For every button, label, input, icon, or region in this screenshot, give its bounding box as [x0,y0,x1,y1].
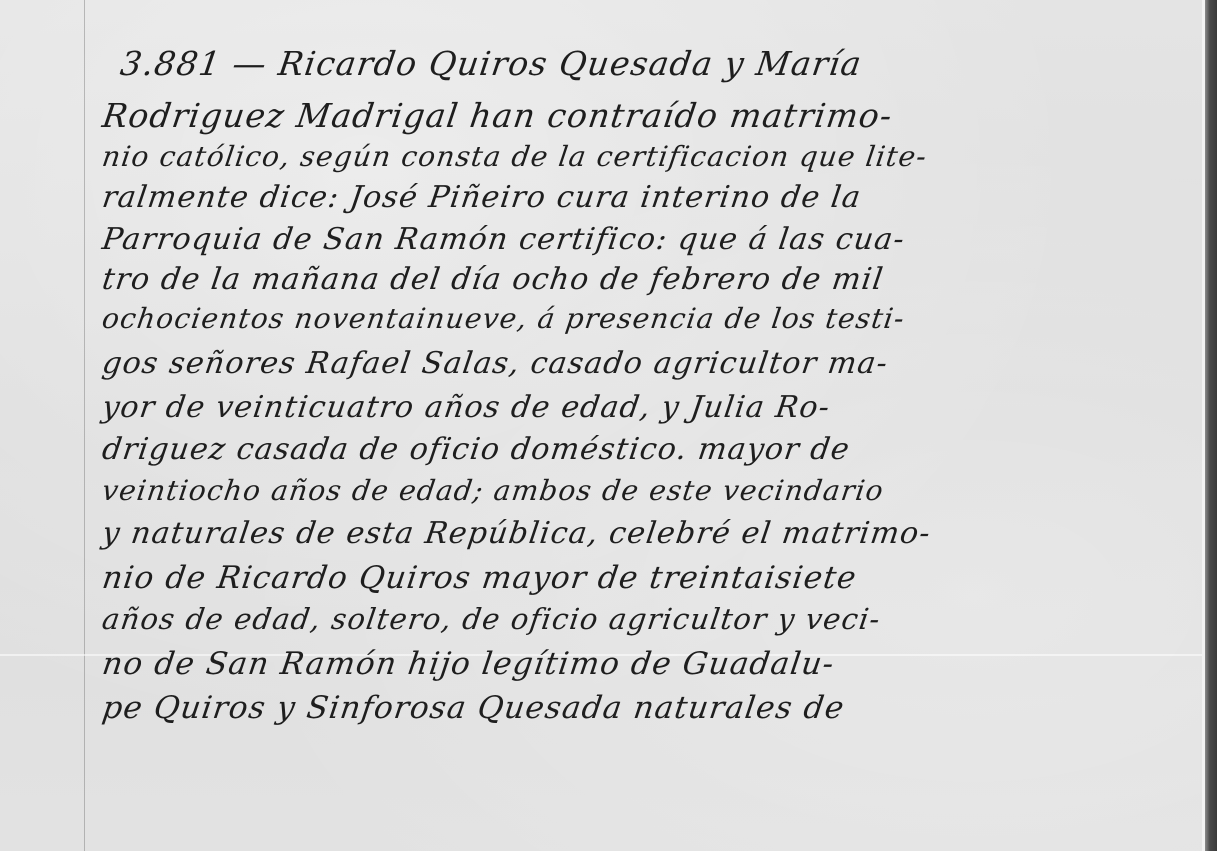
binding-gutter [1205,0,1217,851]
entry-line-2: Rodriguez Madrigal han contraído matrimo… [100,96,895,135]
entry-line-11: veintiocho años de edad; ambos de este v… [100,474,886,507]
handwritten-entry: 3.881 — Ricardo Quiros Quesada y María R… [0,0,1205,851]
entry-line-16: pe Quiros y Sinforosa Quesada naturales … [100,690,847,726]
entry-line-10: driguez casada de oficio doméstico. mayo… [100,432,852,467]
entry-line-12: y naturales de esta República, celebré e… [100,516,933,551]
entry-line-6: tro de la mañana del día ocho de febrero… [100,262,886,297]
entry-line-3: nio católico, según consta de la certifi… [100,140,929,173]
entry-line-15: no de San Ramón hijo legítimo de Guadalu… [100,646,837,682]
entry-line-14: años de edad, soltero, de oficio agricul… [100,602,883,636]
entry-line-1: 3.881 — Ricardo Quiros Quesada y María [118,44,865,83]
entry-line-13: nio de Ricardo Quiros mayor de treintais… [100,560,859,596]
document-page: 3.881 — Ricardo Quiros Quesada y María R… [0,0,1217,851]
entry-line-9: yor de veinticuatro años de edad, y Juli… [100,390,833,425]
entry-line-8: gos señores Rafael Salas, casado agricul… [100,346,890,381]
entry-line-4: ralmente dice: José Piñeiro cura interin… [100,180,864,215]
entry-line-7: ochocientos noventainueve, á presencia d… [100,302,907,335]
entry-line-5: Parroquia de San Ramón certifico: que á … [100,222,907,257]
